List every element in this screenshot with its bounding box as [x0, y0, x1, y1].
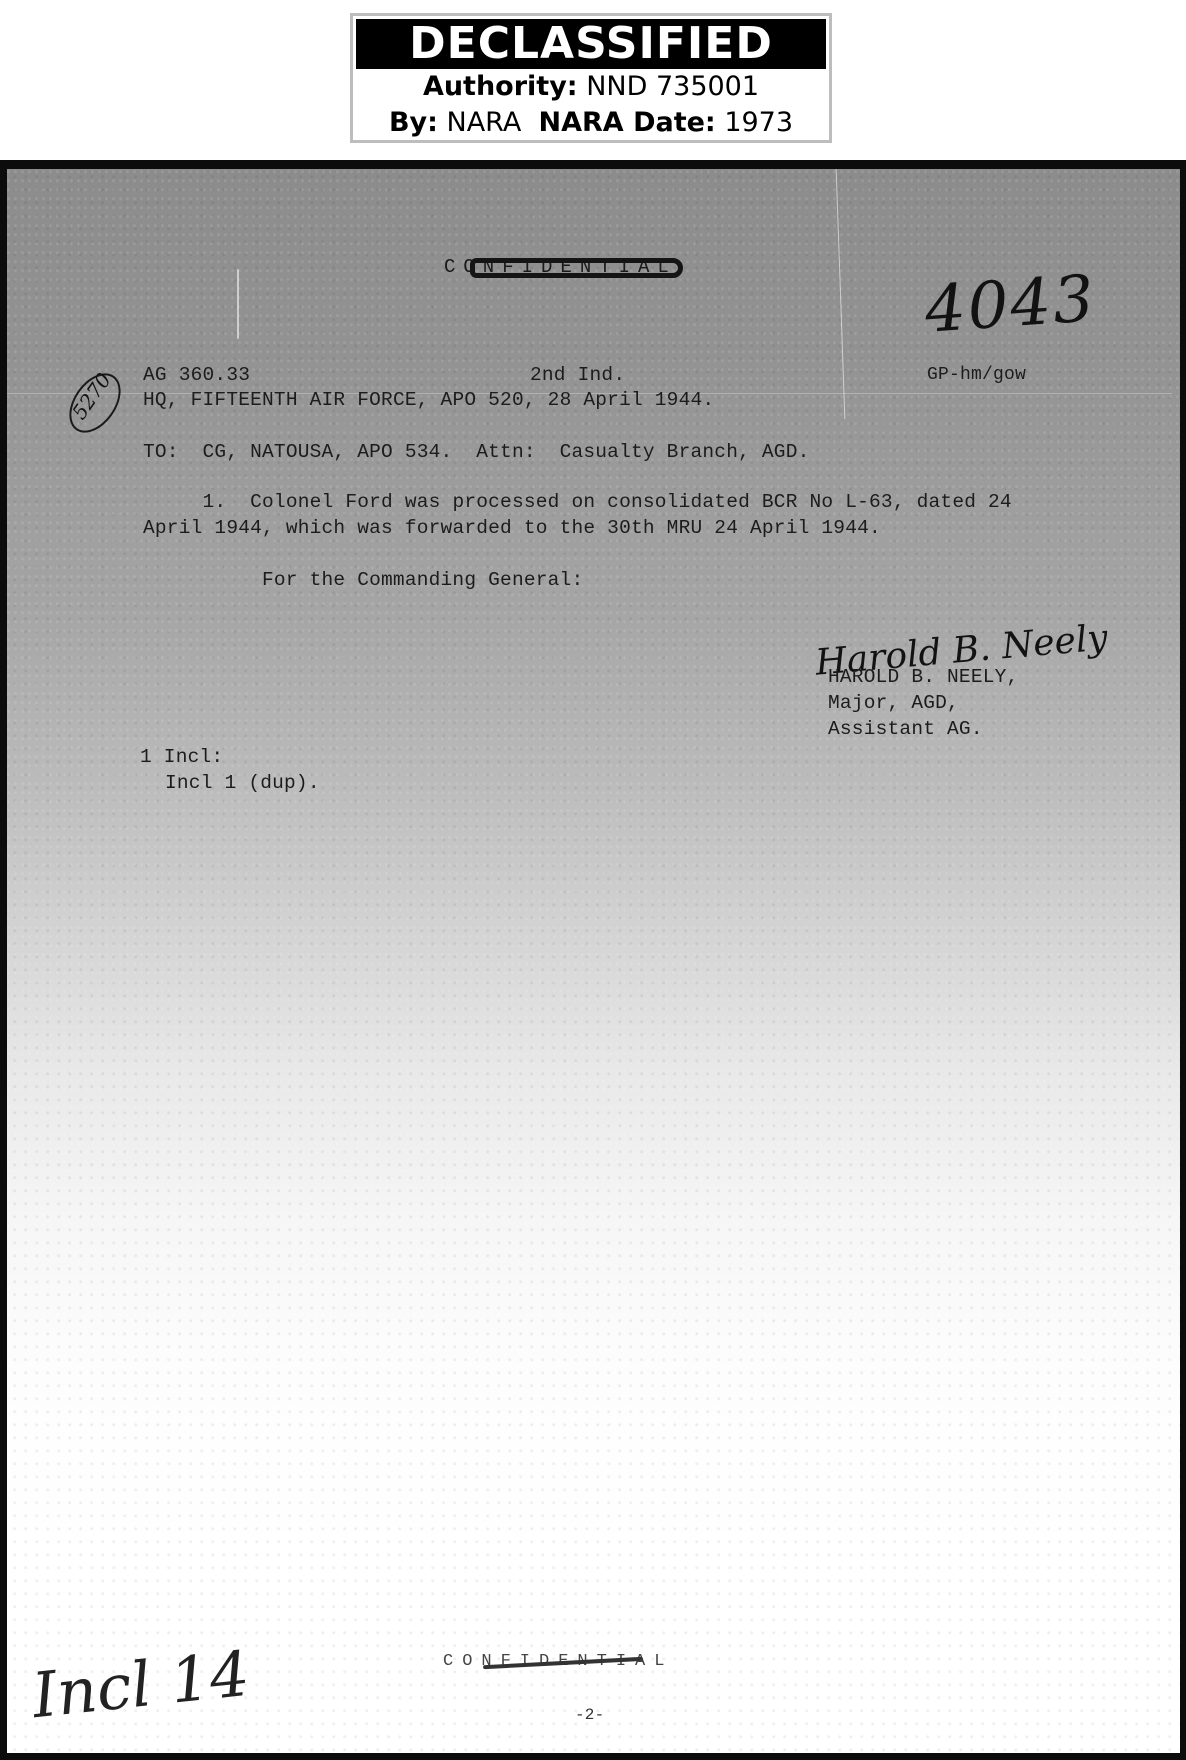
page-number: -2- [575, 1703, 604, 1727]
by-value: NARA [447, 107, 522, 138]
signatory-rank: Major, AGD, [828, 691, 959, 715]
by-label: By: [389, 107, 438, 138]
authority-label: Authority: [423, 71, 578, 102]
paragraph-1-line-1: 1. Colonel Ford was processed on consoli… [143, 490, 1012, 514]
enclosure-header: 1 Incl: [140, 745, 223, 769]
enclosure-item: Incl 1 (dup). [165, 771, 320, 795]
indorsement-label: 2nd Ind. [530, 363, 625, 387]
signatory-name: HAROLD B. NEELY, [828, 665, 1018, 689]
confidential-stamp-top: CONFIDENTIAL [444, 256, 677, 278]
nara-date-value: 1973 [724, 107, 793, 138]
declassification-label: DECLASSIFIED Authority: NND 735001 By: N… [350, 13, 832, 143]
strike-out-mark [470, 258, 683, 278]
signatory-title: Assistant AG. [828, 717, 983, 741]
by-date-line: By: NARA NARA Date: 1973 [353, 105, 829, 141]
declassified-title: DECLASSIFIED [356, 19, 826, 69]
typist-initials: GP-hm/gow [927, 363, 1026, 387]
scanned-page: CONFIDENTIAL 4043 5270 AG 360.33 2nd Ind… [0, 160, 1186, 1760]
authority-value: NND 735001 [586, 71, 759, 102]
authority-line: Authority: NND 735001 [353, 69, 829, 105]
to-line: TO: CG, NATOUSA, APO 534. Attn: Casualty… [143, 440, 810, 464]
paragraph-1-line-2: April 1944, which was forwarded to the 3… [143, 516, 881, 540]
scratch-line [237, 269, 239, 339]
from-line: HQ, FIFTEENTH AIR FORCE, APO 520, 28 Apr… [143, 388, 714, 412]
confidential-stamp-bottom: CONFIDENTIAL [443, 1652, 673, 1671]
closing-line: For the Commanding General: [262, 568, 583, 592]
handwritten-number: 4043 [923, 262, 1099, 348]
file-reference: AG 360.33 [143, 363, 250, 387]
nara-date-label: NARA Date: [539, 107, 716, 138]
